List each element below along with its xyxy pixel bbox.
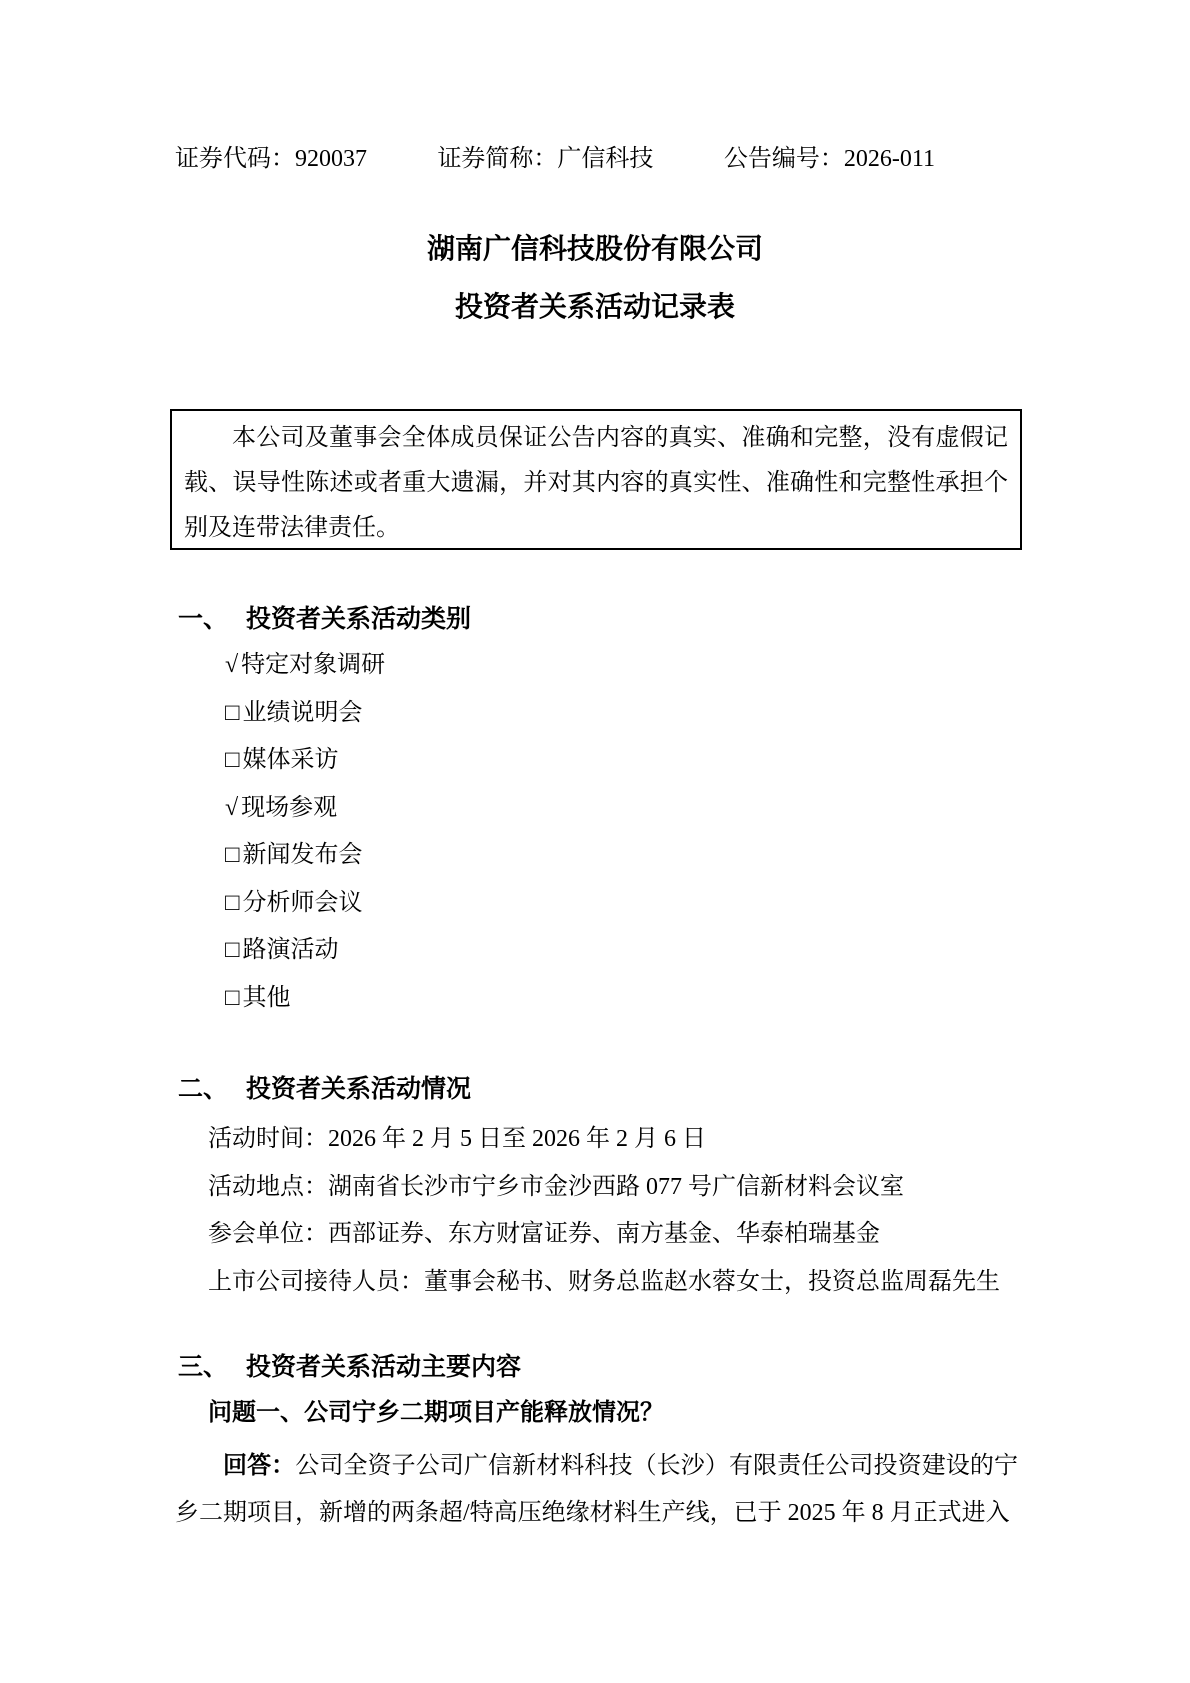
checkbox-icon: □ — [225, 832, 240, 880]
company-title: 湖南广信科技股份有限公司 — [0, 233, 1190, 267]
checklist-item-site-visit: √现场参观 — [175, 785, 385, 833]
reception-staff-line: 上市公司接待人员：董事会秘书、财务总监赵水蓉女士，投资总监周磊先生 — [175, 1259, 1020, 1307]
activity-type-checklist: √特定对象调研 □业绩说明会 □媒体采访 √现场参观 □新闻发布会 □分析师会议… — [175, 642, 385, 1022]
document-title: 投资者关系活动记录表 — [0, 291, 1190, 325]
section-2-number: 二、 — [178, 1074, 246, 1105]
check-mark-icon: √ — [225, 642, 238, 690]
answer-text: 公司全资子公司广信新材料科技（长沙）有限责任公司投资建设的宁乡二期项目，新增的两… — [175, 1453, 1018, 1526]
activity-place-line: 活动地点：湖南省长沙市宁乡市金沙西路 077 号广信新材料会议室 — [175, 1164, 1020, 1212]
disclaimer-box: 本公司及董事会全体成员保证公告内容的真实、准确和完整，没有虚假记载、误导性陈述或… — [170, 409, 1022, 550]
checklist-item-other: □其他 — [175, 975, 385, 1023]
checklist-item-analyst-meeting: □分析师会议 — [175, 880, 385, 928]
participants-line: 参会单位：西部证券、东方财富证券、南方基金、华泰柏瑞基金 — [175, 1211, 1020, 1259]
checklist-item-label: 业绩说明会 — [243, 700, 363, 726]
section-3-heading: 三、 投资者关系活动主要内容 — [178, 1352, 521, 1383]
checkbox-icon: □ — [225, 880, 240, 928]
section-2-heading: 二、 投资者关系活动情况 — [178, 1074, 471, 1105]
section-2-title: 投资者关系活动情况 — [246, 1074, 471, 1105]
checklist-item-media-interview: □媒体采访 — [175, 737, 385, 785]
checklist-item-roadshow: □路演活动 — [175, 927, 385, 975]
checklist-item-label: 媒体采访 — [243, 747, 339, 773]
checkbox-icon: □ — [225, 975, 240, 1023]
checkbox-icon: □ — [225, 690, 240, 738]
question-1: 问题一、公司宁乡二期项目产能释放情况？ — [175, 1398, 1053, 1429]
section-1-title: 投资者关系活动类别 — [246, 604, 471, 635]
section-3-title: 投资者关系活动主要内容 — [246, 1352, 521, 1383]
stock-abbr: 证券简称：广信科技 — [437, 144, 653, 174]
stock-code: 证券代码：920037 — [175, 144, 367, 174]
disclaimer-text: 本公司及董事会全体成员保证公告内容的真实、准确和完整，没有虚假记载、误导性陈述或… — [184, 416, 1008, 551]
activity-time-line: 活动时间：2026 年 2 月 5 日至 2026 年 2 月 6 日 — [175, 1116, 1020, 1164]
section-3-number: 三、 — [178, 1352, 246, 1383]
answer-label: 回答： — [223, 1453, 295, 1479]
checklist-item-label: 特定对象调研 — [241, 652, 385, 678]
document-page: 证券代码：920037 证券简称：广信科技 公告编号：2026-011 湖南广信… — [0, 0, 1190, 1683]
checklist-item-label: 路演活动 — [243, 937, 339, 963]
check-mark-icon: √ — [225, 785, 238, 833]
answer-1-paragraph: 回答：公司全资子公司广信新材料科技（长沙）有限责任公司投资建设的宁乡二期项目，新… — [175, 1443, 1018, 1536]
checklist-item-label: 分析师会议 — [243, 890, 363, 916]
section-1-heading: 一、 投资者关系活动类别 — [178, 604, 471, 635]
checkbox-icon: □ — [225, 927, 240, 975]
checklist-item-label: 其他 — [243, 985, 291, 1011]
checklist-item-earnings-briefing: □业绩说明会 — [175, 690, 385, 738]
section-1-number: 一、 — [178, 604, 246, 635]
checklist-item-label: 新闻发布会 — [243, 842, 363, 868]
checklist-item-special-survey: √特定对象调研 — [175, 642, 385, 690]
document-header-row: 证券代码：920037 证券简称：广信科技 公告编号：2026-011 — [175, 144, 935, 174]
checklist-item-press-conference: □新闻发布会 — [175, 832, 385, 880]
checklist-item-label: 现场参观 — [241, 795, 337, 821]
checkbox-icon: □ — [225, 737, 240, 785]
activity-info-lines: 活动时间：2026 年 2 月 5 日至 2026 年 2 月 6 日 活动地点… — [175, 1116, 1020, 1306]
announcement-number: 公告编号：2026-011 — [724, 144, 935, 174]
